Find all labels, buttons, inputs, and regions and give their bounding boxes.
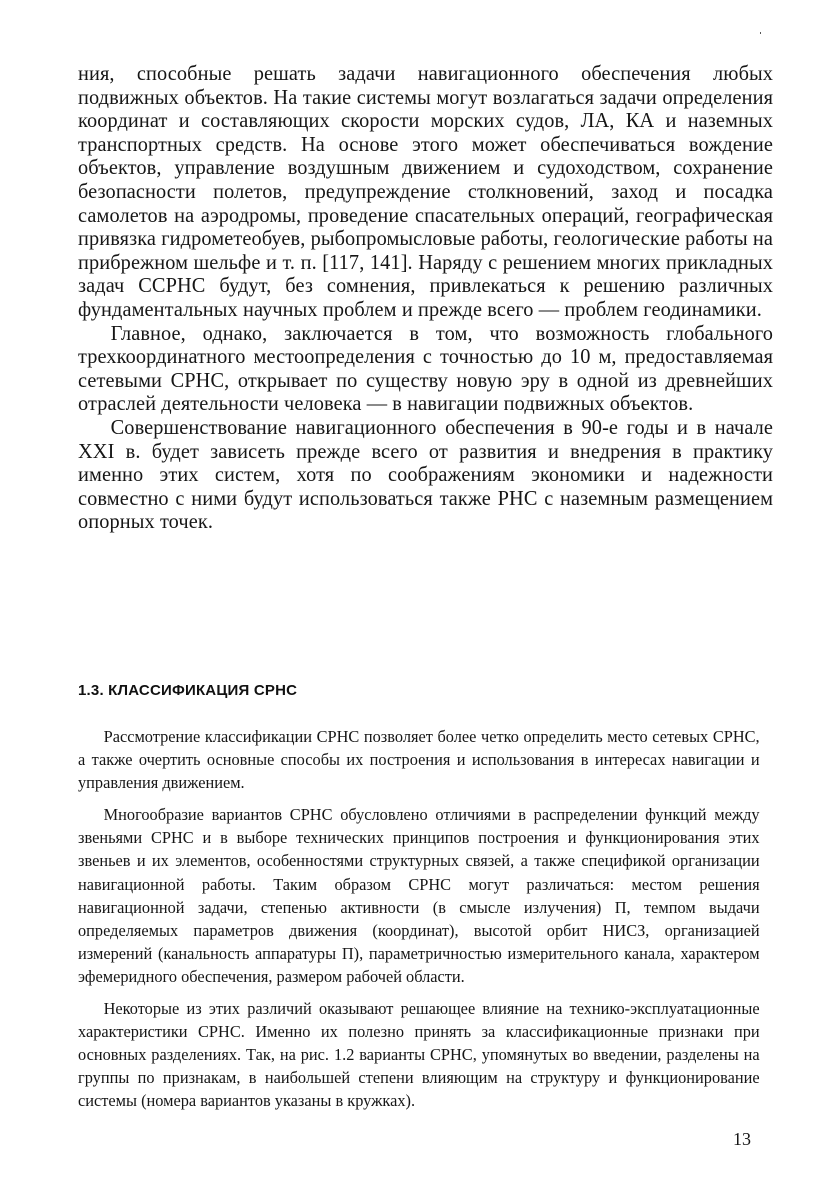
paragraph-continuation: ния, способные решать задачи навигационн… — [78, 62, 773, 322]
section-heading: 1.3. КЛАССИФИКАЦИЯ СРНС — [78, 682, 297, 699]
paragraph-variants: Многообразие вариантов СРНС обусловлено … — [78, 803, 760, 988]
paragraph-improvement: Совершенствование навигационного обеспеч… — [78, 416, 773, 534]
paragraph-classification-intro: Рассмотрение классификации СРНС позволяе… — [78, 725, 760, 794]
scan-speck — [760, 32, 761, 34]
page-number: 13 — [733, 1129, 751, 1150]
lower-text-block: Рассмотрение классификации СРНС позволяе… — [78, 725, 778, 1122]
book-page: ния, способные решать задачи навигационн… — [78, 62, 778, 534]
paragraph-criteria: Некоторые из этих различий оказывают реш… — [78, 997, 760, 1112]
upper-text-block: ния, способные решать задачи навигационн… — [78, 62, 778, 534]
paragraph-main-point: Главное, однако, заключается в том, что … — [78, 322, 773, 416]
